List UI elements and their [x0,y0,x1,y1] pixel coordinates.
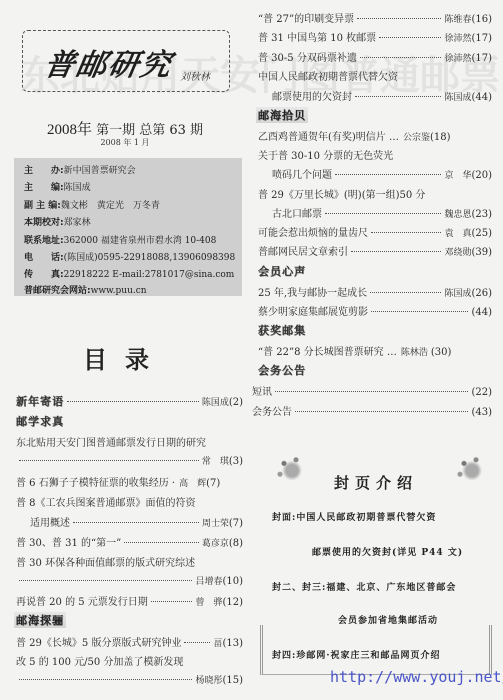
cover-introduction-panel: 封页介绍 封面:中国人民邮政初期普票代替欠资 邮票使用的欠资封(详见 P44 文… [260,445,492,690]
cover-front-desc: 封面:中国人民邮政初期普票代替欠资 [272,510,436,523]
toc-entry[interactable]: 普邮网民居文章索引邓绕勋(39) [258,243,492,258]
info-row-proofreader: 本期校对:郑家林 [24,215,91,228]
info-row-deputy-editors: 副 主 编:魏文彬 黄定光 万冬青 [24,198,160,211]
masthead-logo: 普邮研究 [41,40,177,84]
toc-entry[interactable]: 普 31 中国鸟第 10 枚邮票徐沛然(17) [258,29,492,44]
toc-entry[interactable]: 普 30、普 31 的“第一”葛彦京(8) [16,534,243,549]
toc-entry[interactable]: 关于普 30-10 分票的无色荧光 [258,147,492,162]
section-explore: 邮海探骊 [14,612,66,628]
section-research: 邮学求真 [16,413,64,429]
cover-intro-title: 封页介绍 [260,472,492,493]
toc-title: 目录 [0,340,250,375]
leader-dots [67,401,199,402]
toc-entry[interactable]: 普 30 环保各种面值邮票的版式研究综述 [16,554,243,569]
section-member-voices: 会员心声 [258,263,306,279]
leader-dots [371,311,468,312]
leader-dots [355,96,441,97]
toc-entry-new-year[interactable]: 新年寄语 陈国成 (2) [16,393,243,409]
toc-entry[interactable]: 古北口邮票魏忠恩(23) [272,205,492,220]
magazine-contents-page: 东北贴用天安门图普通邮票的研究 普邮研究 刘秋林 2008年 第一期 总第 63… [0,0,503,700]
toc-entry[interactable]: 东北贴用天安门图普通邮票发行日期的研究 [16,434,243,449]
section-award-collections: 获奖邮集 [258,322,306,338]
leader-dots [19,679,192,680]
toc-entry[interactable]: 普 8《工农兵图案普通邮票》面值的符资 [16,494,243,509]
toc-entry[interactable]: 会务公告(43) [252,403,492,418]
info-row-website: 普邮研究会网站:www.puu.cn [24,283,147,296]
info-row-fax-email: 传 真:22918222 E-mail:2781017@sina.com [24,267,234,280]
leader-dots [124,542,199,543]
leader-dots [325,213,441,214]
leader-dots [19,460,199,461]
toc-entry[interactable]: “普 22”8 分长城图普票研究 …陈林浩(30) [258,343,492,358]
logo-signature: 刘秋林 [180,68,210,83]
leader-dots [360,57,442,58]
toc-entry[interactable]: 普 6 石狮子子模特征票的收集经历 ·高 辉(7) [16,474,243,489]
issue-year: 2008年 [47,122,92,138]
toc-entry[interactable]: 25 年,我与邮协一起成长陈国成(26) [258,284,492,299]
cover-back-desc: 封四:珍邮网·祝家庄三和邮品网页介绍 [272,648,440,661]
section-announcements: 会务公告 [258,362,306,378]
toc-entry[interactable]: 普 29《万里长城》(明)(第一组)50 分 [258,186,492,201]
leader-dots [73,522,199,523]
toc-entry[interactable]: 吕增春(10) [16,574,243,587]
toc-entry[interactable]: 普 30-5 分双码票补遗徐沛然(17) [258,49,492,64]
leader-dots [379,37,441,38]
issue-number: 第一期 总第 63 期 [96,123,203,138]
leader-dots [151,601,193,602]
cover-inside-desc: 封二、封三:福建、北京、广东地区普邮会 [272,580,456,593]
issue-line: 2008年 第一期 总第 63 期 [0,118,250,139]
toc-entry[interactable]: 邮票使用的欠资封陈国成(44) [272,88,492,103]
toc-entry[interactable]: 适用概述周士荣(7) [30,514,243,529]
toc-entry[interactable]: 杨晓彤(15) [16,673,243,686]
leader-dots [351,251,441,252]
section-treasures: 邮海拾贝 [256,107,308,123]
info-row-phone: 电 话:(陈国成)0595-22918088,13906098398 [24,250,235,263]
source-watermark: http://www.youj.net/ [330,668,503,686]
info-row-editor: 主 编:陈国成 [24,180,91,193]
cover-front-desc-cont: 邮票使用的欠资封(详见 P44 文) [312,545,463,558]
publisher-info-box: 主 办:新中国普票研究会 主 编:陈国成 副 主 编:魏文彬 黄定光 万冬青 本… [14,158,242,296]
leader-dots [335,174,441,175]
info-row-sponsor: 主 办:新中国普票研究会 [24,163,136,176]
toc-entry[interactable]: 喷码几个问题京 华(20) [272,166,492,181]
leader-dots [19,580,192,581]
toc-entry[interactable]: 中国人民邮政初期普票代替欠资 [258,68,492,83]
toc-entry[interactable]: 普 29《长城》5 版分票版式研究钟业畐(13) [16,634,243,649]
issue-date: 2008 年 1 月 [0,137,250,148]
leader-dots [357,18,441,19]
leader-dots [371,232,441,233]
leader-dots [295,411,468,412]
leader-dots [370,292,441,293]
toc-entry[interactable]: “普 27”的印刷变异票陈维春(16) [258,10,492,25]
leader-dots [275,391,468,392]
left-column: 普邮研究 刘秋林 2008年 第一期 总第 63 期 2008 年 1 月 主 … [0,0,250,700]
leader-dots [184,642,210,643]
toc-entry[interactable]: 蔡少明家庭集邮展览剪影(44) [258,303,492,318]
toc-entry[interactable]: 改 5 的 100 元/50 分加盖了模新发现 [16,653,243,668]
toc-entry[interactable]: 常 琪(3) [16,454,243,467]
toc-entry[interactable]: 乙酉鸡普通贺年(有奖)明信片 …公宗鉴(18) [258,128,492,143]
info-row-address: 联系地址:362000 福建省泉州市碧水湾 10-408 [24,233,216,246]
toc-entry[interactable]: 短讯(22) [252,383,492,398]
toc-entry[interactable]: 可能会惹出烦恼的量齿尺袁 真(25) [258,224,492,239]
toc-entry[interactable]: 再说普 20 的 5 元票发行日期曾 骅(12) [16,593,243,608]
section-new-year: 新年寄语 [16,393,64,409]
